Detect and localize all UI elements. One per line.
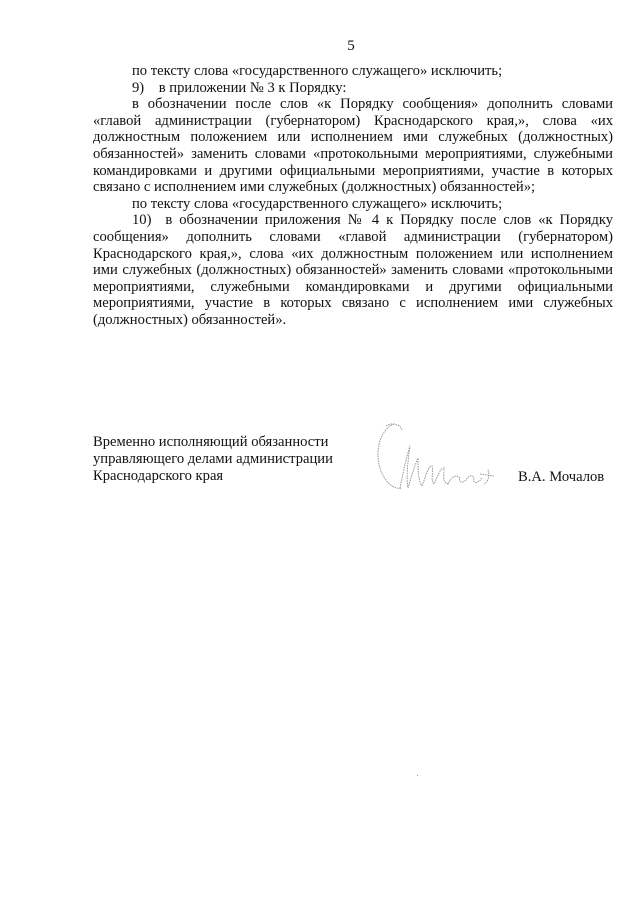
signature-icon — [372, 418, 502, 496]
position-line: управляющего делами администрации — [93, 451, 333, 468]
position-line: Краснодарского края — [93, 468, 333, 485]
position-line: Временно исполняющий обязанности — [93, 434, 333, 451]
signer-name: В.А. Мочалов — [518, 469, 604, 486]
paragraph: в обозначении после слов «к Порядку сооб… — [93, 96, 613, 196]
paragraph: по тексту слова «государственного служащ… — [93, 196, 613, 213]
paragraph-item-9: 9) в приложении № 3 к Порядку: — [93, 80, 613, 97]
document-body: по тексту слова «государственного служащ… — [93, 63, 613, 329]
paragraph-item-10: 10) в обозначении приложения № 4 к Поряд… — [93, 212, 613, 328]
scan-artifact — [417, 775, 418, 776]
paragraph: по тексту слова «государственного служащ… — [93, 63, 613, 80]
signatory-position: Временно исполняющий обязанности управля… — [93, 434, 333, 484]
page-number: 5 — [0, 38, 640, 55]
